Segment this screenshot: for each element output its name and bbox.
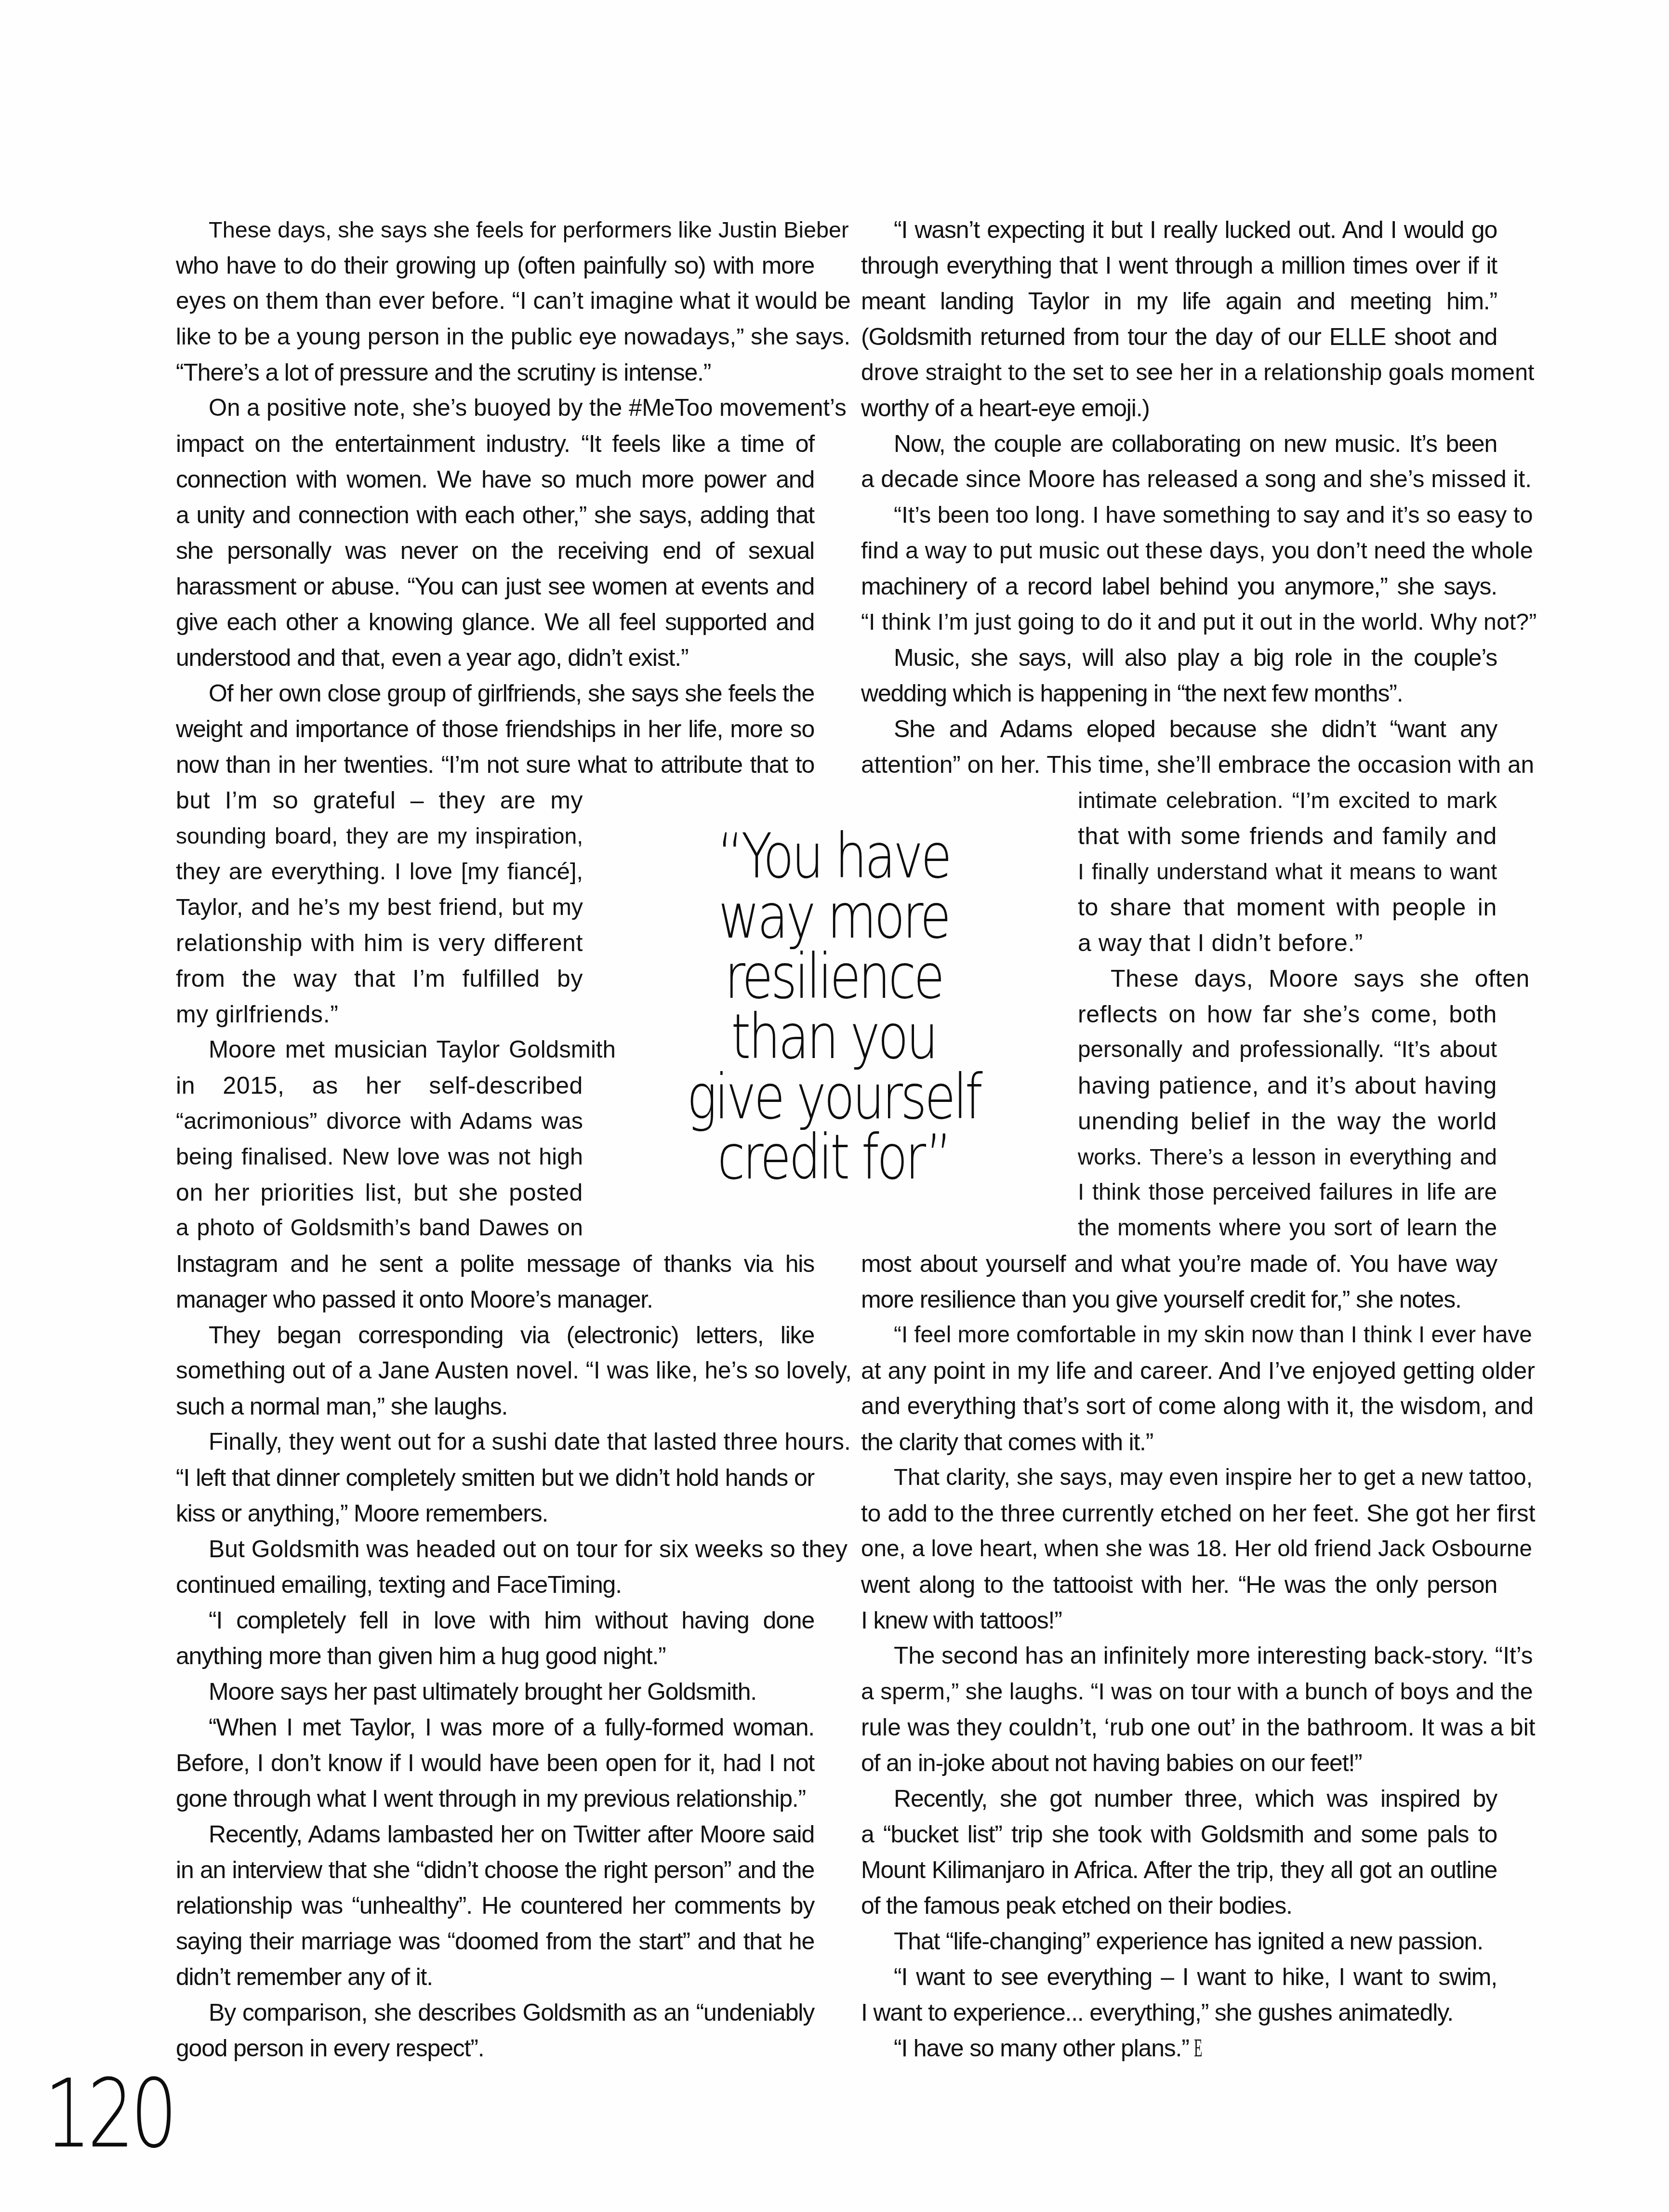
text-line: having patience, and it’s about having	[1078, 1068, 1497, 1103]
text-line: Now, the couple are collaborating on new…	[861, 426, 1497, 462]
text-line: These days, she says she feels for perfo…	[176, 212, 814, 248]
text-line: (Goldsmith returned from tour the day of…	[861, 319, 1497, 355]
text-line: Instagram and he sent a polite message o…	[176, 1246, 814, 1282]
text-line: meant landing Taylor in my life again an…	[861, 283, 1497, 319]
text-line: wedding which is happening in “the next …	[861, 676, 1497, 711]
text-line: But Goldsmith was headed out on tour for…	[176, 1531, 814, 1567]
text-line: to add to the three currently etched on …	[861, 1496, 1497, 1531]
text-line: kiss or anything,” Moore remembers.	[176, 1496, 814, 1531]
text-line: to share that moment with people in	[1078, 889, 1497, 925]
text-line: harassment or abuse. “You can just see w…	[176, 569, 814, 604]
text-line: in an interview that she “didn’t choose …	[176, 1852, 814, 1888]
text-line: and everything that’s sort of come along…	[861, 1389, 1497, 1424]
text-line: “I feel more comfortable in my skin now …	[861, 1317, 1497, 1353]
text-line: but I’m so grateful – they are my	[176, 782, 583, 818]
text-line: a unity and connection with each other,”…	[176, 497, 814, 533]
text-line: from the way that I’m fulfilled by	[176, 961, 583, 996]
magazine-page: These days, she says she feels for perfo…	[0, 0, 1669, 2212]
text-line: being finalised. New love was not high	[176, 1139, 583, 1175]
text-line: like to be a young person in the public …	[176, 319, 814, 355]
text-line: weight and importance of those friendshi…	[176, 711, 814, 747]
text-line: I think those perceived failures in life…	[1078, 1175, 1497, 1210]
text-line: understood and that, even a year ago, di…	[176, 640, 814, 676]
text-line: rule was they couldn’t, ‘rub one out’ in…	[861, 1709, 1497, 1745]
text-line: Music, she says, will also play a big ro…	[861, 640, 1497, 676]
text-line: find a way to put music out these days, …	[861, 533, 1497, 569]
text-line: they are everything. I love [my fiancé],	[176, 854, 583, 889]
text-line: On a positive note, she’s buoyed by the …	[176, 390, 814, 426]
text-line: “I left that dinner completely smitten b…	[176, 1460, 814, 1496]
text-line: reflects on how far she’s come, both	[1078, 996, 1497, 1032]
text-line: that with some friends and family and	[1078, 818, 1497, 854]
text-line: of an in-joke about not having babies on…	[861, 1745, 1497, 1781]
text-line: relationship was “unhealthy”. He counter…	[176, 1888, 814, 1923]
text-line: a “bucket list” trip she took with Golds…	[861, 1816, 1497, 1852]
text-line: the moments where you sort of learn the	[1078, 1210, 1497, 1246]
text-line: drove straight to the set to see her in …	[861, 355, 1497, 390]
text-line: a way that I didn’t before.”	[1078, 925, 1497, 961]
text-line: connection with women. We have so much m…	[176, 462, 814, 497]
text-line: By comparison, she describes Goldsmith a…	[176, 1995, 814, 2030]
text-line: works. There’s a lesson in everything an…	[1078, 1139, 1497, 1175]
text-line: These days, Moore says she often	[1078, 961, 1530, 996]
text-line: saying their marriage was “doomed from t…	[176, 1923, 814, 1959]
text-line: She and Adams eloped because she didn’t …	[861, 711, 1497, 747]
text-line: through everything that I went through a…	[861, 248, 1497, 283]
text-line: gone through what I went through in my p…	[176, 1781, 814, 1816]
text-line: Before, I don’t know if I would have bee…	[176, 1745, 814, 1781]
text-line: continued emailing, texting and FaceTimi…	[176, 1567, 814, 1603]
text-line: That clarity, she says, may even inspire…	[861, 1460, 1497, 1496]
text-line: manager who passed it onto Moore’s manag…	[176, 1282, 814, 1317]
text-line: she personally was never on the receivin…	[176, 533, 814, 569]
text-line: “acrimonious” divorce with Adams was	[176, 1103, 583, 1139]
text-line: “I think I’m just going to do it and put…	[861, 604, 1497, 640]
text-line: “I have so many other plans.”E	[861, 2030, 1497, 2066]
text-line: That “life-changing” experience has igni…	[861, 1923, 1497, 1959]
page-number: 120	[44, 2067, 173, 2161]
text-line: personally and professionally. “It’s abo…	[1078, 1032, 1497, 1068]
text-line: eyes on them than ever before. “I can’t …	[176, 283, 814, 319]
text-line: The second has an infinitely more intere…	[861, 1638, 1497, 1674]
text-line: at any point in my life and career. And …	[861, 1353, 1497, 1389]
text-line: “I wasn’t expecting it but I really luck…	[861, 212, 1497, 248]
text-line: relationship with him is very different	[176, 925, 583, 961]
text-line: most about yourself and what you’re made…	[861, 1246, 1497, 1282]
text-line: They began corresponding via (electronic…	[176, 1317, 814, 1353]
text-line: more resilience than you give yourself c…	[861, 1282, 1497, 1317]
text-line: worthy of a heart-eye emoji.)	[861, 390, 1497, 426]
text-line: such a normal man,” she laughs.	[176, 1389, 814, 1424]
text-line: Of her own close group of girlfriends, s…	[176, 676, 814, 711]
text-line: machinery of a record label behind you a…	[861, 569, 1497, 604]
text-line: a decade since Moore has released a song…	[861, 462, 1497, 497]
text-line: a photo of Goldsmith’s band Dawes on	[176, 1210, 583, 1246]
text-line: Moore says her past ultimately brought h…	[176, 1674, 814, 1709]
text-line: Mount Kilimanjaro in Africa. After the t…	[861, 1852, 1497, 1888]
text-line: a sperm,” she laughs. “I was on tour wit…	[861, 1674, 1497, 1709]
text-line: intimate celebration. “I’m excited to ma…	[1078, 782, 1497, 818]
text-line: I knew with tattoos!”	[861, 1603, 1497, 1638]
text-line: in 2015, as her self-described	[176, 1068, 583, 1103]
text-line: Moore met musician Taylor Goldsmith	[176, 1032, 616, 1068]
text-line: of the famous peak etched on their bodie…	[861, 1888, 1497, 1923]
text-line: Taylor, and he’s my best friend, but my	[176, 889, 583, 925]
text-line: attention” on her. This time, she’ll emb…	[861, 747, 1497, 782]
article-column-right: “I wasn’t expecting it but I really luck…	[861, 212, 1497, 2066]
text-line: I want to experience... everything,” she…	[861, 1995, 1497, 2030]
text-line: anything more than given him a hug good …	[176, 1638, 814, 1674]
text-line: didn’t remember any of it.	[176, 1959, 814, 1995]
text-line: “When I met Taylor, I was more of a full…	[176, 1709, 814, 1745]
text-line: “I completely fell in love with him with…	[176, 1603, 814, 1638]
end-of-article-mark: E	[1194, 2031, 1202, 2066]
text-line: sounding board, they are my inspiration,	[176, 818, 583, 854]
text-line: went along to the tattooist with her. “H…	[861, 1567, 1497, 1603]
text-line: Finally, they went out for a sushi date …	[176, 1424, 814, 1460]
text-line: on her priorities list, but she posted	[176, 1175, 583, 1210]
text-line: “It’s been too long. I have something to…	[861, 497, 1497, 533]
text-line: who have to do their growing up (often p…	[176, 248, 814, 283]
text-line: “I want to see everything – I want to hi…	[861, 1959, 1497, 1995]
text-line: something out of a Jane Austen novel. “I…	[176, 1353, 814, 1389]
text-line: unending belief in the way the world	[1078, 1103, 1497, 1139]
text-line: Recently, Adams lambasted her on Twitter…	[176, 1816, 814, 1852]
text-line: one, a love heart, when she was 18. Her …	[861, 1531, 1497, 1567]
text-line: impact on the entertainment industry. “I…	[176, 426, 814, 462]
text-line: I finally understand what it means to wa…	[1078, 854, 1497, 889]
text-line: my girlfriends.”	[176, 996, 583, 1032]
text-line: good person in every respect”.	[176, 2030, 814, 2066]
text-line: give each other a knowing glance. We all…	[176, 604, 814, 640]
text-line: now than in her twenties. “I’m not sure …	[176, 747, 814, 782]
text-line: “There’s a lot of pressure and the scrut…	[176, 355, 814, 390]
text-line: the clarity that comes with it.”	[861, 1424, 1497, 1460]
text-line: Recently, she got number three, which wa…	[861, 1781, 1497, 1816]
